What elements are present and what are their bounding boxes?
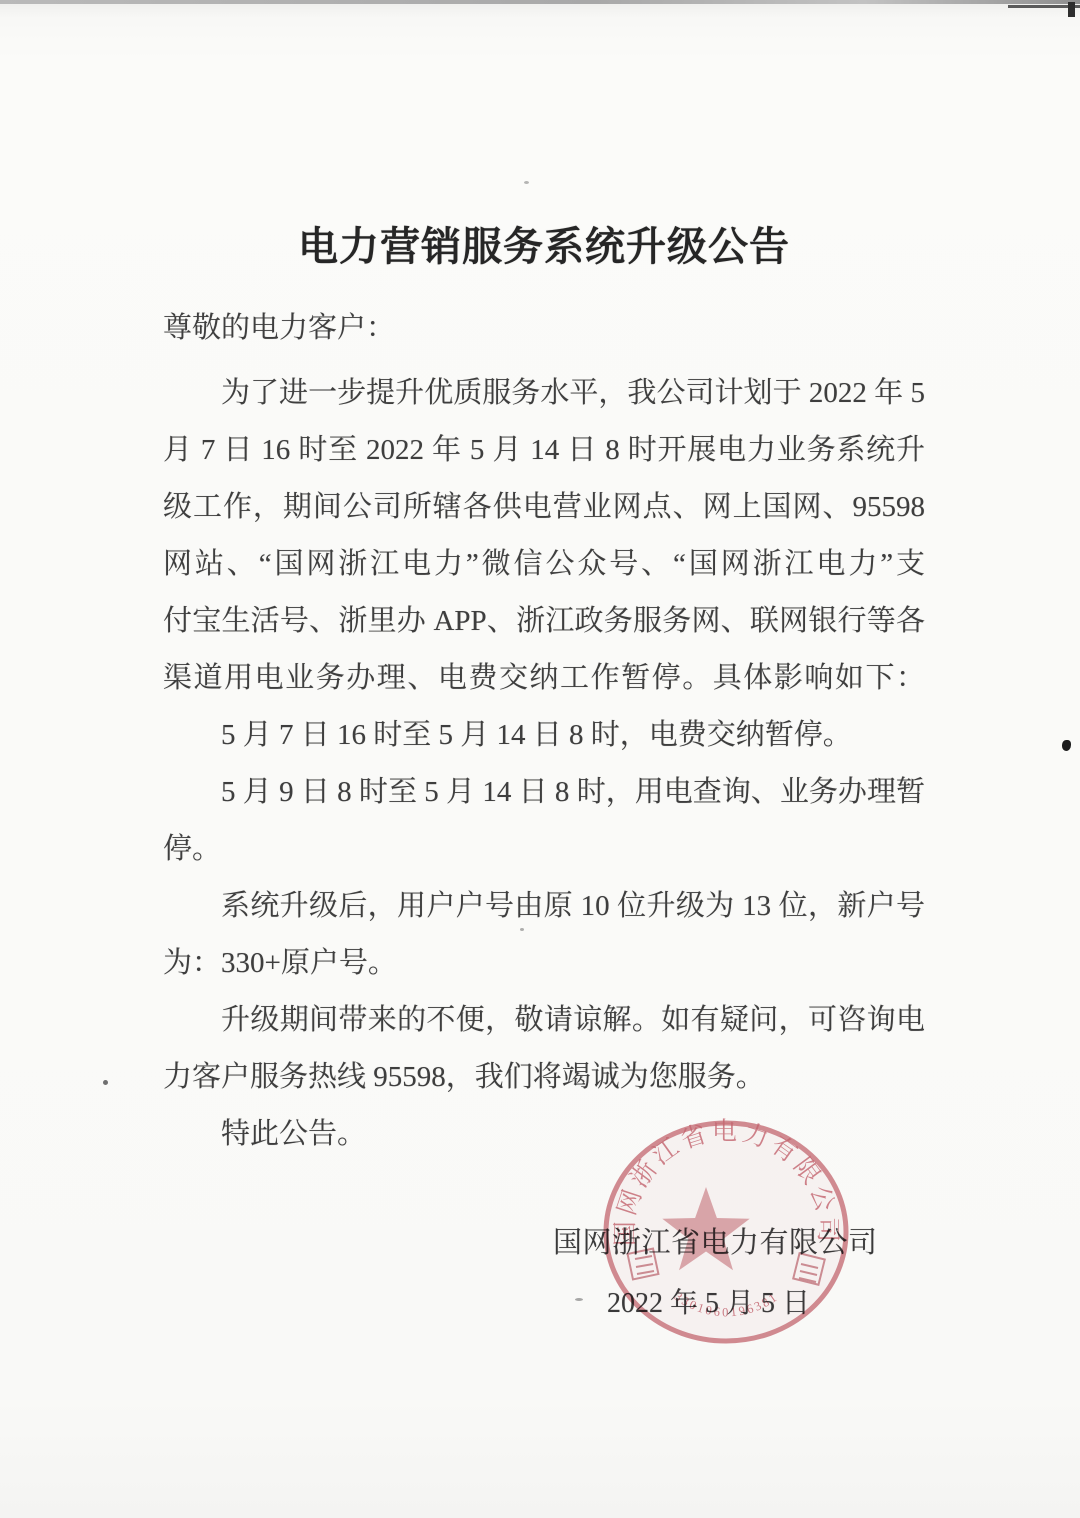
body-line: 级工作，期间公司所辖各供电营业网点、网上国网、95598 (163, 479, 925, 536)
scan-right-edge-mark (1062, 740, 1071, 751)
scan-corner-mark (1068, 2, 1075, 17)
document-title: 电力营销服务系统升级公告 (163, 215, 925, 272)
signature-date: 2022 年 5 月 5 日 (607, 1281, 822, 1321)
scan-speck (524, 181, 529, 184)
body-line: 升级期间带来的不便，敬请谅解。如有疑问，可咨询电 (163, 992, 925, 1049)
scanned-announcement-page: 电力营销服务系统升级公告 尊敬的电力客户： 为了进一步提升优质服务水平，我公司计… (0, 0, 1080, 1518)
scan-speck (103, 1080, 108, 1085)
body-line: 停。 (163, 821, 925, 878)
body-line: 系统升级后，用户户号由原 10 位升级为 13 位，新户号 (163, 878, 925, 935)
body-line: 为：330+原户号。 (163, 935, 925, 992)
body-line: 渠道用电业务办理、电费交纳工作暂停。具体影响如下： (163, 650, 925, 707)
body-line: 月 7 日 16 时至 2022 年 5 月 14 日 8 时开展电力业务系统升 (163, 422, 925, 479)
body-line: 付宝生活号、浙里办 APP、浙江政务服务网、联网银行等各 (163, 593, 925, 650)
body-line: 力客户服务热线 95598，我们将竭诚为您服务。 (163, 1049, 925, 1106)
scan-edge-strip (0, 0, 1080, 4)
body-line: 5 月 7 日 16 时至 5 月 14 日 8 时，电费交纳暂停。 (163, 707, 925, 764)
body-line: 特此公告。 (163, 1106, 925, 1163)
scan-speck (575, 1298, 583, 1301)
signature-company: 国网浙江省电力有限公司 (553, 1220, 883, 1261)
document-body: 尊敬的电力客户： 为了进一步提升优质服务水平，我公司计划于 2022 年 5 月… (163, 300, 925, 1163)
body-line: 为了进一步提升优质服务水平，我公司计划于 2022 年 5 (163, 365, 925, 422)
greeting-line: 尊敬的电力客户： (163, 300, 925, 357)
body-line: 网站、“国网浙江电力”微信公众号、“国网浙江电力”支 (163, 536, 925, 593)
body-line: 5 月 9 日 8 时至 5 月 14 日 8 时，用电查询、业务办理暂 (163, 764, 925, 821)
